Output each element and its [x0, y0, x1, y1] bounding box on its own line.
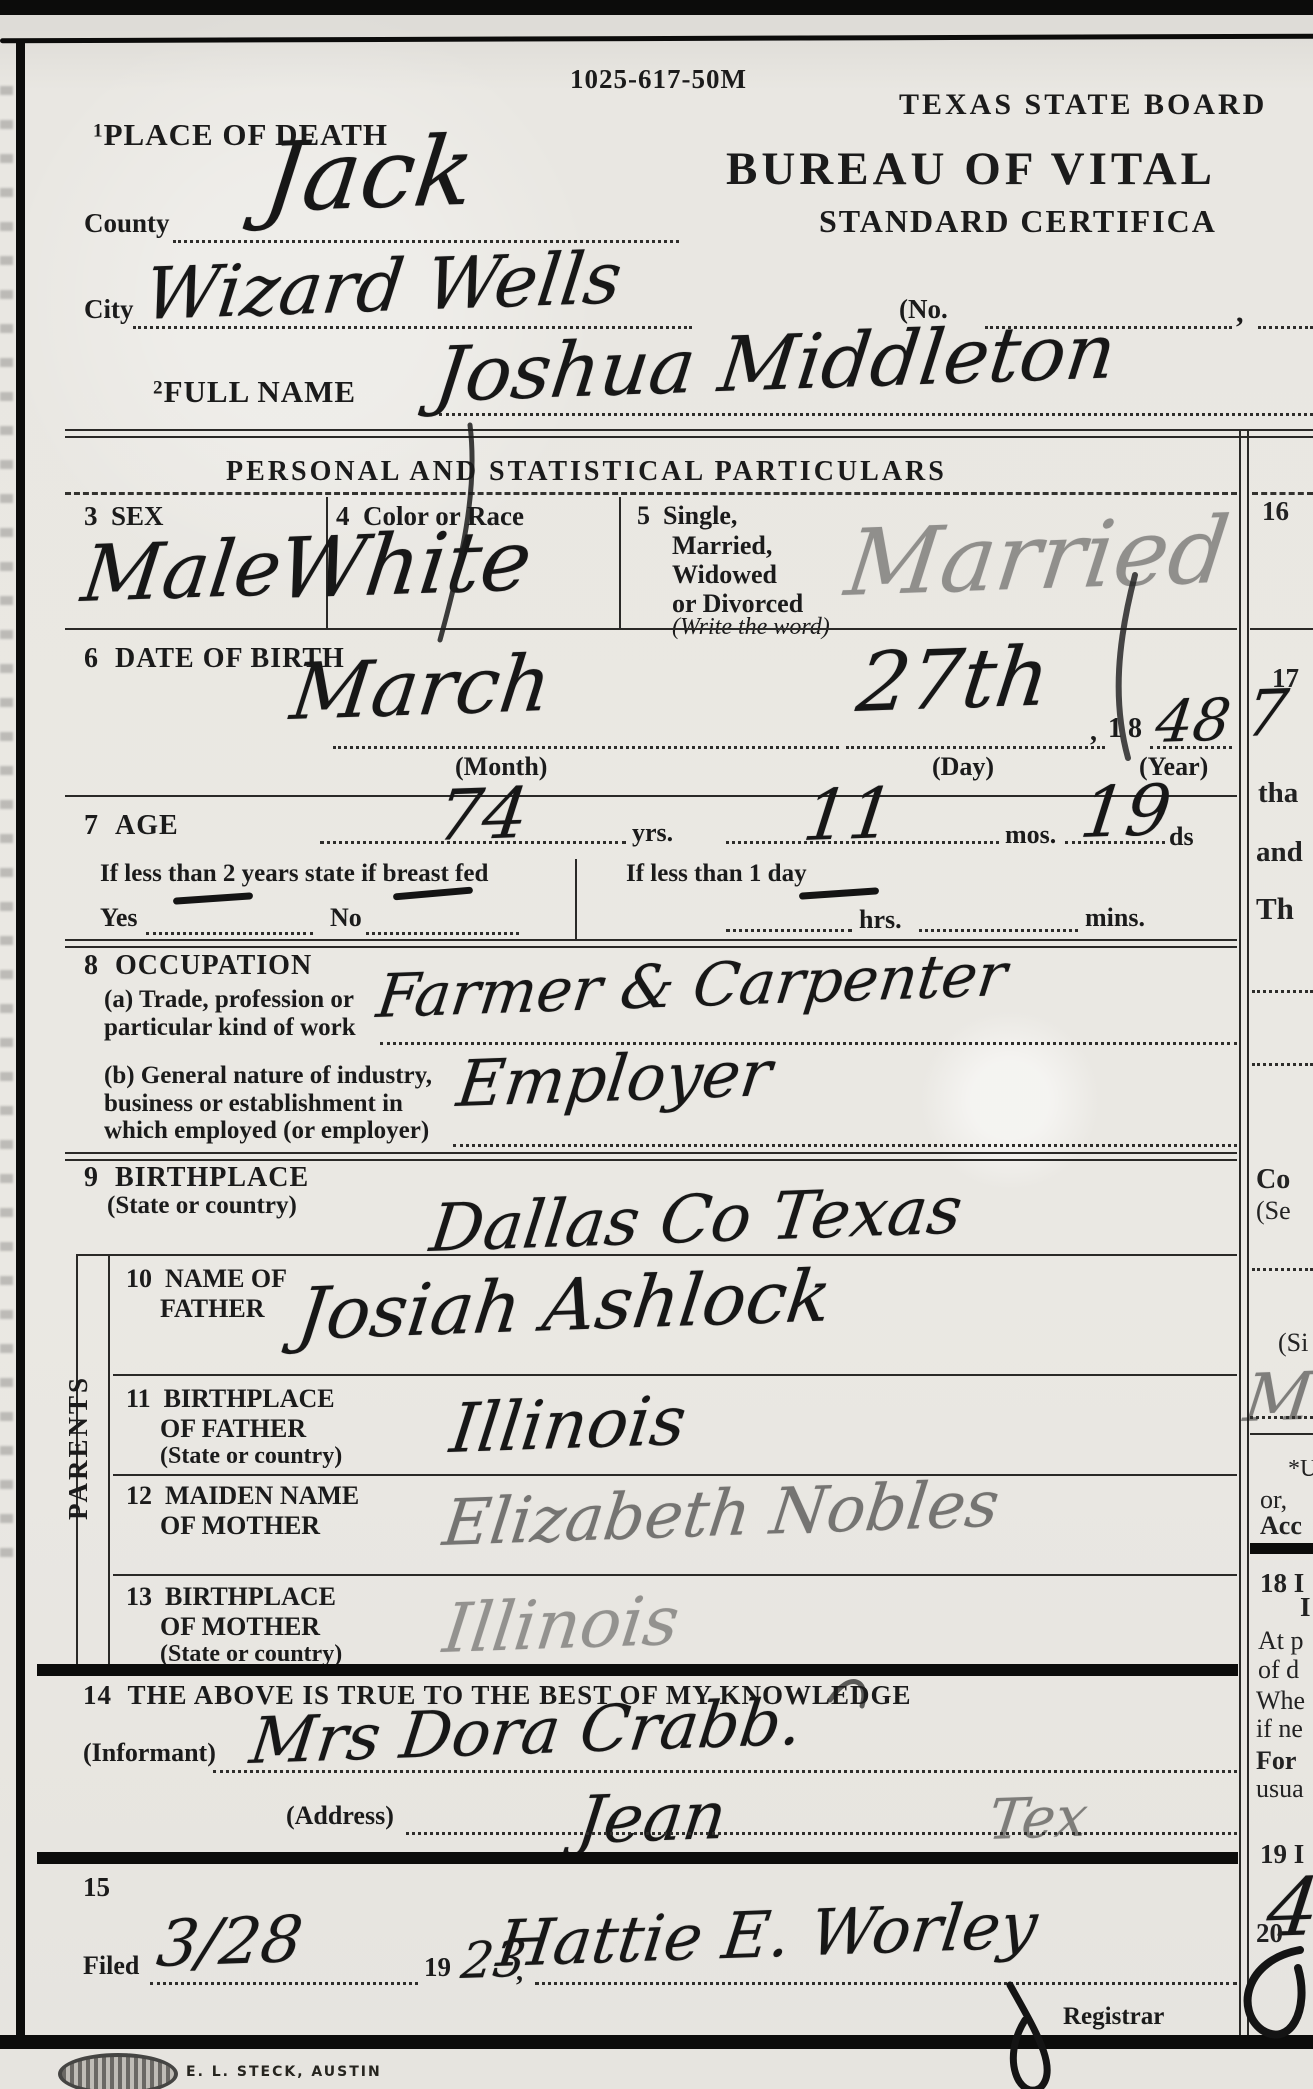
attestation-top-bar [37, 1664, 1238, 1676]
city-value: Wizard Wells [140, 236, 626, 336]
full-name-value: Joshua Middleton [430, 306, 1121, 419]
right-solid-1 [1250, 1433, 1313, 1435]
occupation-b-line [453, 1144, 1237, 1147]
age-yrs-value: 74 [433, 772, 533, 857]
right-item-17: 17 [1272, 663, 1299, 694]
occupation-b-value: Employer [453, 1037, 776, 1122]
death-certificate-page: 1025-617-50M TEXAS STATE BOARD 1PLACE OF… [0, 0, 1313, 2089]
dob-day-sublabel: (Day) [932, 752, 994, 782]
right-thick-bar [1250, 1543, 1313, 1554]
informant-label: (Informant) [83, 1738, 216, 1768]
filed-top-bar [37, 1852, 1238, 1864]
registrar-label: Registrar [1063, 2003, 1164, 2031]
occupation-a-line1: (a) Trade, profession or [104, 986, 354, 1014]
marital-label-line2: Married, [672, 531, 772, 561]
right-hw-m: M [1240, 1358, 1313, 1437]
occupation-label: 8 OCCUPATION [84, 950, 312, 982]
breast-fed-divider [575, 859, 577, 939]
city-label: City [84, 294, 134, 325]
less-than-day-label: If less than 1 day [626, 860, 807, 888]
occupation-b-line3: which employed (or employer) [104, 1117, 429, 1145]
right-item-and: and [1256, 836, 1303, 869]
registrar-signature: Hattie E. Worley [493, 1889, 1041, 1982]
age-ds-value: 19 [1076, 769, 1176, 854]
agency-standard-line: STANDARD CERTIFICA [819, 203, 1217, 240]
marital-label-line3: Widowed [672, 560, 777, 590]
printer-credit: E. L. STECK, AUSTIN [186, 2064, 382, 2080]
father-bp-value: Illinois [446, 1382, 690, 1469]
right-item-u: *U [1288, 1456, 1313, 1483]
right-item-tha: tha [1258, 777, 1298, 810]
left-margin-marks [0, 70, 13, 1570]
father-name-label-line1: 10 NAME OF [126, 1264, 287, 1294]
right-dotted-3 [1252, 1268, 1313, 1271]
mins-line [919, 929, 1078, 932]
row5-bottom-rule-right [1250, 628, 1313, 630]
occupation-a-value: Farmer & Carpenter [373, 940, 1011, 1032]
right-item-16: 16 [1262, 496, 1289, 527]
father-bp-label-line3: (State or country) [160, 1443, 342, 1470]
right-column-divider-inner [1247, 430, 1249, 2035]
age-bottom-rule [65, 939, 1237, 948]
birthplace-value: Dallas Co Texas [426, 1172, 966, 1267]
certificate-no-comma: , [1236, 296, 1244, 330]
mother-bp-label-line1: 13 BIRTHPLACE [126, 1582, 336, 1612]
right-item-18: 18 I [1260, 1568, 1304, 1599]
father-bp-label-line2: OF FATHER [160, 1414, 306, 1444]
race-value: White [273, 511, 537, 618]
filed-line-1 [150, 1982, 418, 1985]
age-mos-value: 11 [799, 772, 899, 857]
dob-bottom-rule [65, 795, 1237, 797]
birthplace-label: 9 BIRTHPLACE [84, 1162, 309, 1194]
hrs-line [726, 929, 852, 932]
hrs-unit: hrs. [859, 905, 902, 935]
no-line [366, 932, 519, 935]
right-item-20: 20 [1256, 1918, 1283, 1949]
father-bp-label-line1: 11 BIRTHPLACE [126, 1384, 335, 1414]
right-item-ifne: if ne [1256, 1714, 1303, 1744]
filed-year-print: 19 [424, 1952, 451, 1983]
father-bp-bottom-rule [113, 1474, 1237, 1476]
sex-value: Male [77, 523, 287, 620]
address-value-2: Tex [985, 1785, 1091, 1853]
address-label: (Address) [286, 1801, 394, 1831]
mother-bp-value: Illinois [439, 1582, 683, 1669]
occupation-b-line2: business or establishment in [104, 1090, 403, 1118]
filed-label: Filed [83, 1951, 139, 1981]
hrs-pen-stroke [799, 887, 879, 900]
right-item-atp: At p [1258, 1626, 1304, 1656]
occupation-bottom-rule [65, 1152, 1237, 1161]
age-mos-unit: mos. [1005, 820, 1056, 850]
right-column-divider-outer [1239, 430, 1241, 2035]
father-name-value: Josiah Ashlock [293, 1254, 836, 1356]
full-name-label: 2FULL NAME [153, 374, 356, 410]
right-dotted-4 [1250, 1416, 1313, 1419]
dob-day-value: 27th [852, 629, 1055, 731]
parents-top-rule [76, 1254, 1237, 1256]
right-item-whe: Whe [1256, 1686, 1305, 1716]
right-item-se: (Se [1256, 1196, 1291, 1226]
mins-unit: mins. [1085, 903, 1145, 933]
row5-bottom-rule [65, 628, 1237, 630]
no-pen-stroke [393, 887, 473, 901]
right-item-acc: Acc [1260, 1511, 1302, 1541]
left-border-line [16, 42, 25, 2037]
dob-year-print: 18 [1108, 713, 1148, 745]
occupation-b-line1: (b) General nature of industry, [104, 1062, 432, 1090]
address-line [406, 1832, 1237, 1835]
right-dotted-1 [1252, 990, 1313, 993]
breast-fed-label: If less than 2 years state if breast fed [100, 860, 488, 888]
race-marital-divider [619, 497, 621, 628]
right-item-si: (Si [1278, 1328, 1308, 1358]
filed-line-2 [535, 1982, 1237, 1985]
mother-name-value: Elizabeth Nobles [439, 1468, 1003, 1561]
top-scan-band [0, 0, 1313, 15]
father-name-bottom-rule [113, 1374, 1237, 1376]
mother-name-bottom-rule [113, 1574, 1237, 1576]
occupation-a-line2: particular kind of work [104, 1014, 356, 1042]
yes-line [146, 932, 313, 935]
right-item-th: Th [1256, 891, 1294, 927]
father-name-label-line2: FATHER [160, 1294, 264, 1324]
yes-pen-stroke [173, 892, 253, 905]
filed-section-number: 15 [83, 1872, 110, 1903]
form-number: 1025-617-50M [570, 64, 747, 95]
section-title-rule-right [1252, 492, 1313, 495]
full-name-number: 2 [153, 377, 164, 398]
informant-line [213, 1770, 1237, 1773]
mother-bp-label-line2: OF MOTHER [160, 1612, 320, 1642]
dob-month-line [333, 746, 839, 749]
county-value: Jack [258, 115, 480, 234]
certificate-no-line-2 [1258, 326, 1313, 329]
mother-name-label-line1: 12 MAIDEN NAME [126, 1481, 359, 1511]
age-yrs-unit: yrs. [632, 818, 673, 848]
header-divider [65, 429, 1313, 438]
yes-label: Yes [100, 903, 138, 933]
dob-day-line [846, 746, 1105, 749]
parents-inner-rule [108, 1254, 110, 1664]
occupation-a-line [380, 1042, 1237, 1045]
address-value: Jean [573, 1777, 731, 1859]
dob-year-line [1150, 746, 1232, 749]
section-title-rule [65, 492, 1237, 495]
bottom-border-bar [0, 2035, 1313, 2049]
no-label: No [330, 903, 362, 933]
printer-seal [58, 2053, 178, 2089]
place-of-death-number: 1 [93, 120, 104, 141]
filed-date-value: 3/28 [153, 1903, 307, 1982]
right-item-co: Co [1256, 1164, 1290, 1196]
age-label: 7 AGE [84, 810, 179, 842]
agency-bureau-line: BUREAU OF VITAL [726, 142, 1216, 196]
parents-vertical-label: PARENTS [63, 1375, 94, 1520]
right-item-for: For [1256, 1746, 1296, 1776]
dob-comma: , [1090, 716, 1097, 748]
right-item-usua: usua [1256, 1774, 1304, 1804]
age-ds-unit: ds [1169, 822, 1194, 852]
right-dotted-2 [1252, 1063, 1313, 1066]
section-title: PERSONAL AND STATISTICAL PARTICULARS [226, 456, 947, 488]
top-border-line [0, 34, 1313, 44]
county-label: County [84, 208, 170, 239]
dob-month-value: March [286, 639, 556, 738]
birthplace-sublabel: (State or country) [107, 1192, 297, 1220]
right-item-ofd: of d [1258, 1655, 1299, 1685]
marital-label-line1: 5 Single, [637, 501, 737, 531]
right-item-18b: I [1300, 1592, 1311, 1623]
agency-board-line: TEXAS STATE BOARD [899, 88, 1267, 122]
marital-value: Married [840, 497, 1235, 617]
mother-name-label-line2: OF MOTHER [160, 1511, 320, 1541]
